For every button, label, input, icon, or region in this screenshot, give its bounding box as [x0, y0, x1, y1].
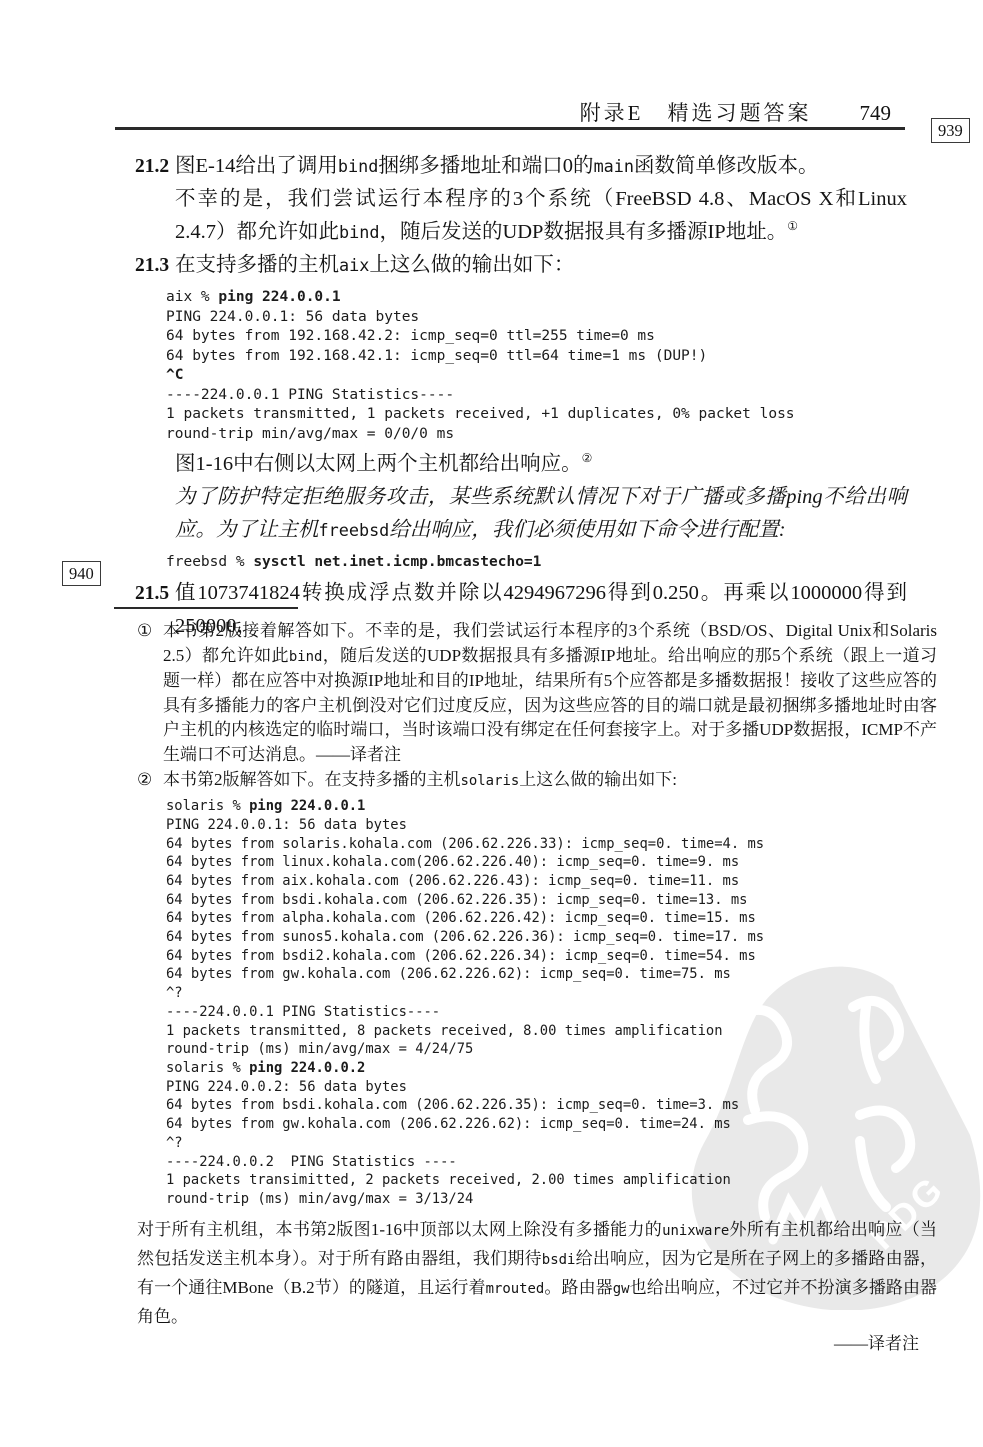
- paragraph: 图E-14给出了调用bind捆绑多播地址和端口0的main函数简单修改版本。: [175, 150, 907, 183]
- footnote-text: 本书第2版解答如下。在支持多播的主机solaris上这么做的输出如下:: [163, 768, 937, 794]
- printed-page-number: 749: [860, 101, 892, 126]
- footnote-1: ① 本书第2版接着解答如下。不幸的是，我们尝试运行本程序的3个系统（BSD/OS…: [137, 619, 937, 768]
- exercise-body: 在支持多播的主机aix上这么做的输出如下： aix % ping 224.0.0…: [175, 249, 907, 577]
- exercise-item-21-2: 21.2 图E-14给出了调用bind捆绑多播地址和端口0的main函数简单修改…: [135, 150, 907, 249]
- book-page-scan: PDG 附录E 精选习题答案 749 939 940 21.2 图E-14给出了…: [0, 0, 983, 1447]
- footnotes-block: ① 本书第2版接着解答如下。不幸的是，我们尝试运行本程序的3个系统（BSD/OS…: [137, 619, 937, 1357]
- paragraph: 不幸的是，我们尝试运行本程序的3个系统（FreeBSD 4.8、MacOS X和…: [175, 183, 907, 249]
- translator-signature: ——译者注: [137, 1330, 937, 1357]
- exercise-body: 图E-14给出了调用bind捆绑多播地址和端口0的main函数简单修改版本。 不…: [175, 150, 907, 249]
- footnote-separator-rule: [114, 607, 298, 609]
- footnote-text: 本书第2版接着解答如下。不幸的是，我们尝试运行本程序的3个系统（BSD/OS、D…: [163, 619, 937, 768]
- appendix-title: 附录E 精选习题答案: [580, 97, 812, 127]
- header-rule: [115, 127, 905, 130]
- exercise-number: 21.2: [135, 150, 175, 249]
- sysctl-command-code-block: freebsd % sysctl net.inet.icmp.bmcastech…: [166, 553, 907, 573]
- margin-page-box-939: 939: [931, 118, 970, 143]
- footnote-marker: ①: [137, 619, 163, 768]
- footnote-marker: ②: [137, 768, 163, 794]
- main-content: 21.2 图E-14给出了调用bind捆绑多播地址和端口0的main函数简单修改…: [135, 150, 907, 643]
- footnote-2: ② 本书第2版解答如下。在支持多播的主机solaris上这么做的输出如下:: [137, 768, 937, 794]
- ping-output-code-block: aix % ping 224.0.0.1PING 224.0.0.1: 56 d…: [166, 288, 907, 444]
- paragraph: 在支持多播的主机aix上这么做的输出如下：: [175, 249, 907, 282]
- translator-inset-paragraph: 为了防护特定拒绝服务攻击，某些系统默认情况下对于广播或多播ping不给出响应。为…: [175, 481, 907, 547]
- page-header: 附录E 精选习题答案 749: [115, 97, 905, 127]
- footnote-closing-paragraph: 对于所有主机组，本书第2版图1-16中顶部以太网上除没有多播能力的unixwar…: [137, 1216, 937, 1330]
- paragraph: 图1-16中右侧以太网上两个主机都给出响应。②: [175, 448, 907, 481]
- margin-page-box-940: 940: [62, 561, 101, 586]
- exercise-item-21-3: 21.3 在支持多播的主机aix上这么做的输出如下： aix % ping 22…: [135, 249, 907, 577]
- footnote-ping-output-code-block: solaris % ping 224.0.0.1PING 224.0.0.1: …: [166, 797, 937, 1208]
